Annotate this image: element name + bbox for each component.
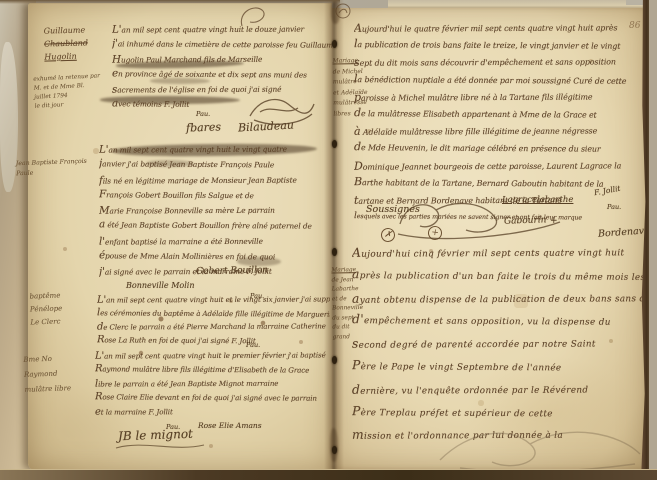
handwritten-line: et la marraine F. Jollit: [95, 404, 330, 419]
margin-note-exhumation: exhumé la retenue parM. et de Mme Bl.jui…: [33, 72, 102, 111]
handwritten-line: fils né en légitime mariage de Monsieur …: [99, 172, 330, 189]
handwritten-line: Aujourd'hui le quatre février mil sept c…: [354, 19, 642, 38]
handwritten-line: paroisse à Michel mulâtre libre né à la …: [354, 88, 642, 107]
handwritten-line: ayant obtenu dispense de la publication …: [352, 287, 644, 311]
handwritten-line: Bme No: [23, 351, 70, 368]
handwritten-line: Guillaume: [43, 23, 87, 37]
handwritten-line: baptême: [29, 289, 62, 303]
signature-underline: [114, 442, 206, 452]
handwritten-line: Rose La Ruth en foi de quoi j'ai signé F…: [97, 333, 330, 348]
handwritten-line: d'empêchement et sans opposition, vu la …: [352, 309, 644, 334]
handwritten-line: L'an mil sept cent quatre vingt huit le …: [95, 348, 330, 363]
binding-stitch: [332, 356, 337, 364]
signature-rose-elie: Rose Elie Amans: [198, 421, 262, 430]
handwritten-line: la bénédiction nuptiale a été donnée par…: [354, 71, 642, 90]
handwritten-line: janvier j'ai baptisé Jean Baptiste Franç…: [99, 157, 330, 174]
signature-pau: Pau.: [196, 110, 210, 118]
handwritten-line: Raymond mulâtre libre fils illégitime d'…: [95, 362, 330, 377]
folio-stamp: [334, 2, 352, 20]
handwritten-line: Raymond: [24, 366, 71, 383]
handwritten-line: L'an mil sept cent quatre vingt huit et …: [97, 292, 330, 307]
handwritten-line: Pénélope: [30, 302, 63, 316]
binding-stitch: [332, 248, 337, 256]
signature-flourish: [246, 94, 318, 124]
baptism-entry-raymond-text: L'an mil sept cent quatre vingt huit le …: [95, 349, 330, 419]
handwritten-line: j'ai inhumé dans le cimetière de cette p…: [112, 36, 332, 52]
baptism-entry-paule-text: L'an mil sept cent quatre vingt huit le …: [99, 142, 330, 280]
handwritten-line: à Adélaïde mulâtresse libre fille illégi…: [354, 122, 642, 141]
handwritten-line: Hugolin: [44, 49, 88, 63]
baptism-entry-leclerc-text: L'an mil sept cent quatre vingt huit et …: [97, 293, 330, 347]
handwritten-line: Hugolin Paul Marchand fils de Marseille: [112, 51, 332, 67]
margin-note-baptism-paule: Jean Baptiste FrançoisPaule: [16, 157, 88, 179]
handwritten-line: libre le parrain a été Jean Baptiste Mig…: [95, 376, 330, 391]
handwritten-line: François Gobert Bouillon fils Salgue et …: [99, 187, 330, 204]
handwritten-line: Aujourd'hui cinq février mil sept cents …: [352, 241, 644, 265]
margin-note-baptism-raymond: Bme NoRaymondmulâtre libre: [23, 351, 71, 398]
handwritten-line: Chaubland: [44, 36, 88, 50]
margin-note-burial-name: GuillaumeChaublandHugolin: [43, 23, 88, 63]
binding-stitch: [332, 40, 337, 48]
handwritten-line: en province âgé de soixante et dix sept …: [112, 66, 332, 82]
marriage-entry-2-text: Aujourd'hui cinq février mil sept cents …: [352, 242, 644, 447]
initial-swash: [236, 4, 270, 30]
handwritten-line: l'enfant baptisé la marraine a été Bonne…: [99, 233, 330, 250]
handwritten-line: mulâtre libre: [24, 381, 71, 398]
signature-pau: Pau.: [607, 203, 621, 211]
handwritten-line: la publication de trois bans faite le tr…: [354, 36, 642, 55]
margin-note-baptism-leclerc: baptêmePénélopeLe Clerc: [29, 289, 63, 329]
binding-stitch: [332, 140, 337, 148]
book-top-edge: [0, 0, 340, 4]
signature-mignot: JB le mignot: [118, 427, 193, 444]
handwritten-line: a été Jean Baptiste Gobert Bouillon frèr…: [99, 218, 330, 235]
handwritten-line: Rose Claire Elie devant en foi de quoi j…: [95, 390, 330, 405]
handwritten-line: épouse de Mme Alain Mollinières en foi d…: [99, 248, 330, 265]
book-bottom-edge: [0, 469, 657, 480]
handwritten-line: de la mulâtresse Elisabeth appartenant à…: [354, 105, 642, 124]
signature-gobert-bouillon: Gobert Bouillon: [196, 265, 268, 276]
handwritten-line: dernière, vu l'enquête ordonnée par le R…: [352, 378, 644, 402]
manuscript-scan: GuillaumeChaublandHugolin exhumé la rete…: [0, 0, 657, 480]
scanner-margin-right: [649, 0, 657, 480]
handwritten-line: Dominique Jeannet bourgeois de cette par…: [354, 157, 642, 176]
handwritten-line: L'an mil sept cent quatre vingt huit le …: [112, 21, 332, 37]
large-signature-flourish: [392, 196, 567, 241]
pencil-flourish: [430, 420, 650, 475]
binding-smudge: [330, 428, 338, 462]
handwritten-line: de Mde Heuvenin, le dit mariage célébré …: [354, 140, 642, 159]
handwritten-line: après la publication d'un ban faite le t…: [352, 264, 644, 289]
signature-fbares: fbares: [186, 120, 222, 134]
handwritten-line: de Clerc le parrain a été Pierre Marchan…: [97, 320, 330, 335]
handwritten-line: L'an mil sept cent quatre vingt huit le …: [99, 141, 330, 158]
signature-bonneville: Bonneville Molin: [126, 281, 194, 290]
handwritten-line: Le Clerc: [30, 315, 63, 329]
binding-stitch: [332, 446, 337, 454]
handwritten-line: Père le Pape le vingt Septembre de l'ann…: [352, 355, 644, 380]
handwritten-line: second degré de parenté accordée par not…: [352, 332, 644, 356]
handwritten-line: sept du dit mois sans découvrir d'empêch…: [354, 54, 642, 73]
